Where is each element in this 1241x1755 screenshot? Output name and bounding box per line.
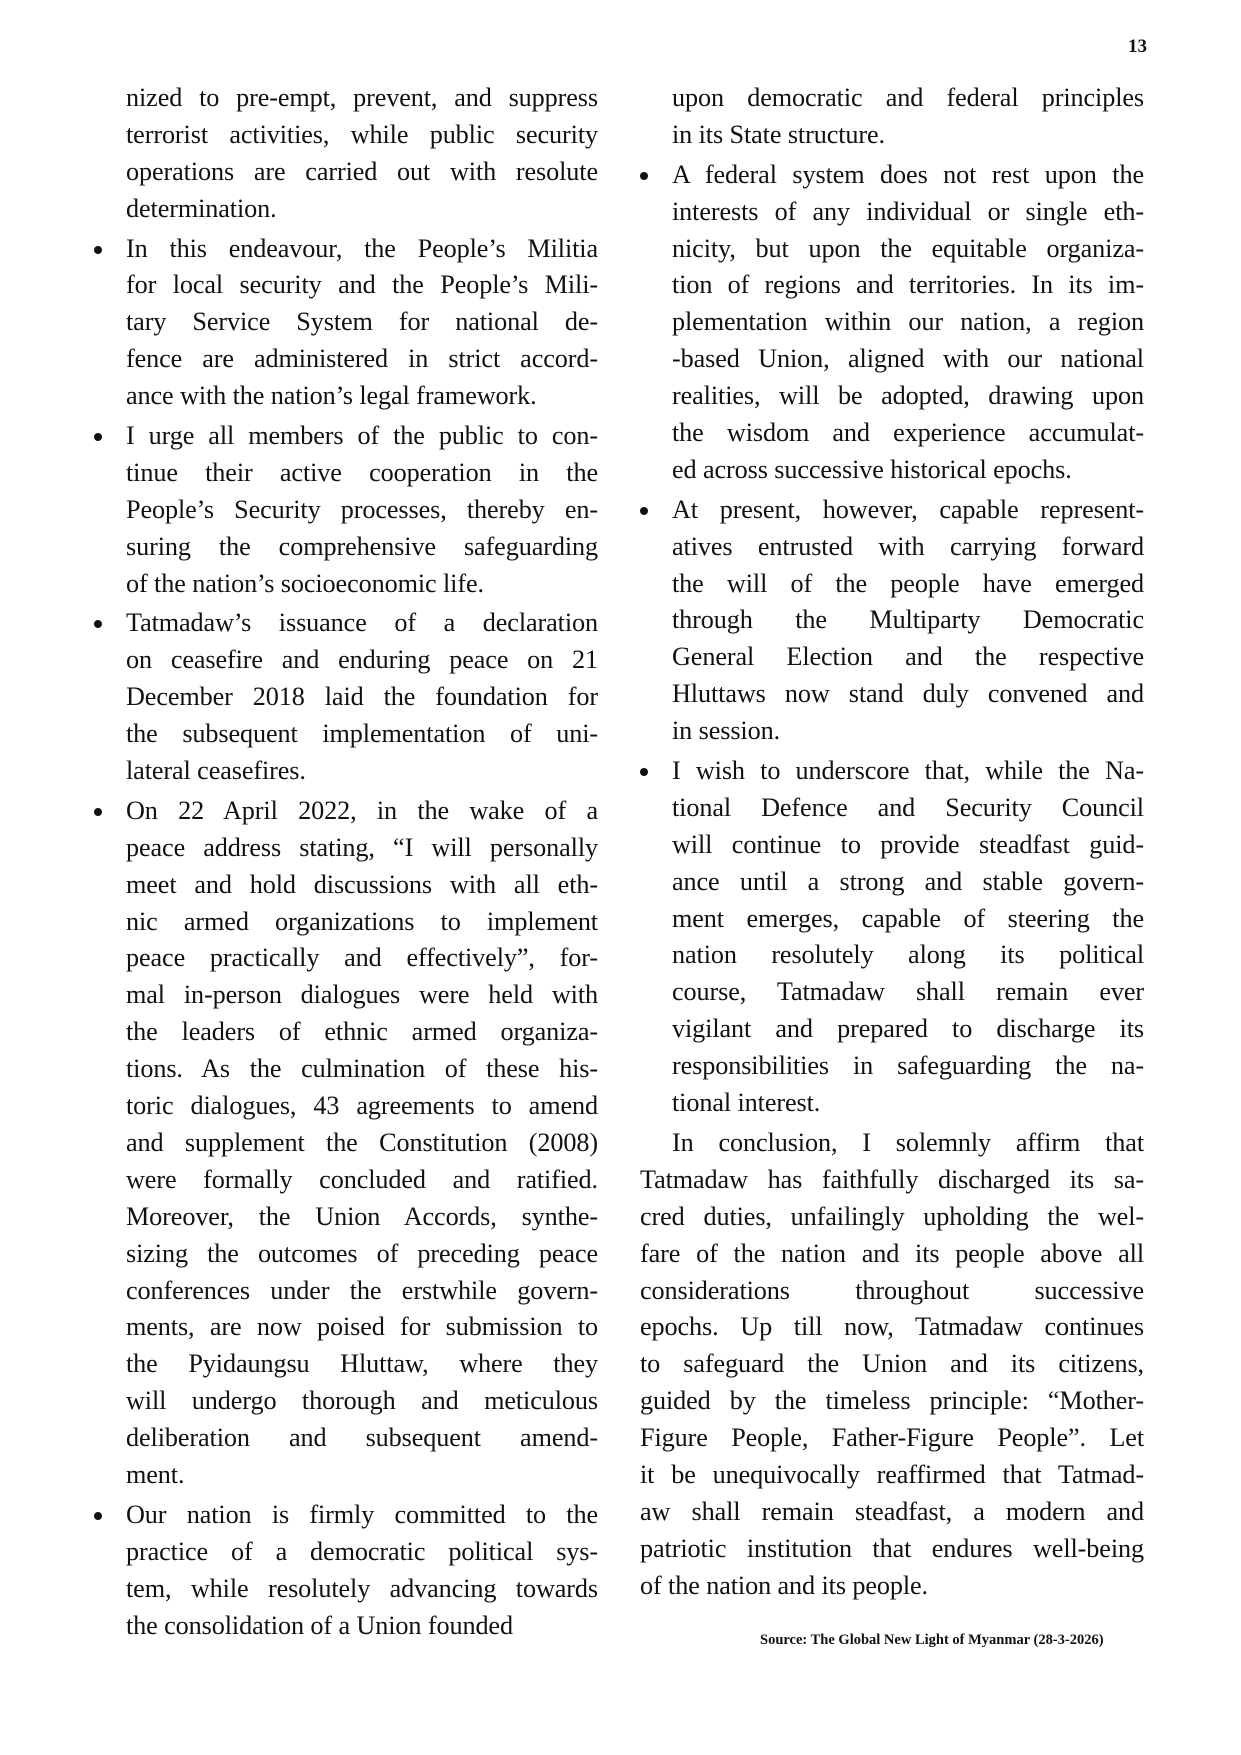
text-line: through the Multiparty Democratic: [672, 602, 1144, 639]
text-line: tional interest.: [672, 1085, 1144, 1122]
bullet-item: Our nation is firmly committed to thepra…: [94, 1497, 598, 1645]
text-line: In conclusion, I solemnly affirm that: [640, 1125, 1144, 1162]
text-line: lateral ceasefires.: [126, 753, 598, 790]
page-number: 13: [1128, 36, 1147, 58]
text-line: determination.: [126, 191, 598, 228]
text-line: Our nation is firmly committed to the: [126, 1497, 598, 1534]
text-line: On 22 April 2022, in the wake of a: [126, 793, 598, 830]
bullet-item: I wish to underscore that, while the Na-…: [640, 753, 1144, 1122]
text-line: vigilant and prepared to discharge its: [672, 1011, 1144, 1048]
text-line: conferences under the erstwhile govern-: [126, 1273, 598, 1310]
continued-text: nized to pre-empt, prevent, and suppress…: [94, 80, 598, 228]
text-line: the subsequent implementation of uni-: [126, 716, 598, 753]
bullet-item: I urge all members of the public to con-…: [94, 418, 598, 602]
text-line: were formally concluded and ratified.: [126, 1162, 598, 1199]
block-text: In conclusion, I solemnly affirm thatTat…: [640, 1125, 1144, 1605]
text-line: for local security and the People’s Mili…: [126, 267, 598, 304]
text-line: ment emerges, capable of steering the: [672, 901, 1144, 938]
text-line: General Election and the respective: [672, 639, 1144, 676]
bullet-icon: [640, 768, 648, 776]
text-line: the Pyidaungsu Hluttaw, where they: [126, 1346, 598, 1383]
text-line: cred duties, unfailingly upholding the w…: [640, 1199, 1144, 1236]
text-line: nic armed organizations to implement: [126, 904, 598, 941]
bullet-icon: [94, 1512, 102, 1520]
text-line: mal in-person dialogues were held with: [126, 977, 598, 1014]
bullet-icon: [94, 808, 102, 816]
text-line: terrorist activities, while public secur…: [126, 117, 598, 154]
bullet-icon: [94, 246, 102, 254]
right-column: upon democratic and federal principlesin…: [640, 80, 1144, 1608]
bullet-icon: [94, 433, 102, 441]
text-line: guided by the timeless principle: “Mothe…: [640, 1383, 1144, 1420]
source-citation: Source: The Global New Light of Myanmar …: [760, 1632, 1104, 1649]
text-line: fare of the nation and its people above …: [640, 1236, 1144, 1273]
text-line: nized to pre-empt, prevent, and suppress: [126, 80, 598, 117]
text-line: peace address stating, “I will personall…: [126, 830, 598, 867]
text-line: tions. As the culmination of these his-: [126, 1051, 598, 1088]
block-text: At present, however, capable represent-a…: [672, 492, 1144, 750]
text-line: the wisdom and experience accumulat-: [672, 415, 1144, 452]
text-line: Figure People, Father-Figure People”. Le…: [640, 1420, 1144, 1457]
text-line: it be unequivocally reaffirmed that Tatm…: [640, 1457, 1144, 1494]
block-text: I wish to underscore that, while the Na-…: [672, 753, 1144, 1122]
bullet-icon: [640, 172, 648, 180]
text-line: operations are carried out with resolute: [126, 154, 598, 191]
text-line: course, Tatmadaw shall remain ever: [672, 974, 1144, 1011]
left-column: nized to pre-empt, prevent, and suppress…: [94, 80, 598, 1647]
text-line: considerations throughout successive: [640, 1273, 1144, 1310]
text-line: tary Service System for national de-: [126, 304, 598, 341]
text-line: In this endeavour, the People’s Militia: [126, 231, 598, 268]
block-text: nized to pre-empt, prevent, and suppress…: [126, 80, 598, 228]
text-line: nicity, but upon the equitable organiza-: [672, 231, 1144, 268]
text-line: responsibilities in safeguarding the na-: [672, 1048, 1144, 1085]
text-line: the will of the people have emerged: [672, 566, 1144, 603]
text-line: in session.: [672, 713, 1144, 750]
paragraph: In conclusion, I solemnly affirm thatTat…: [640, 1125, 1144, 1605]
text-line: tem, while resolutely advancing towards: [126, 1571, 598, 1608]
text-line: epochs. Up till now, Tatmadaw continues: [640, 1309, 1144, 1346]
text-line: -based Union, aligned with our national: [672, 341, 1144, 378]
text-line: ments, are now poised for submission to: [126, 1309, 598, 1346]
text-line: patriotic institution that endures well-…: [640, 1531, 1144, 1568]
text-line: deliberation and subsequent amend-: [126, 1420, 598, 1457]
bullet-item: On 22 April 2022, in the wake of apeace …: [94, 793, 598, 1494]
text-line: tional Defence and Security Council: [672, 790, 1144, 827]
block-text: On 22 April 2022, in the wake of apeace …: [126, 793, 598, 1494]
text-line: upon democratic and federal principles: [672, 80, 1144, 117]
block-text: upon democratic and federal principlesin…: [672, 80, 1144, 154]
bullet-icon: [94, 620, 102, 628]
continued-text: upon democratic and federal principlesin…: [640, 80, 1144, 154]
text-line: Tatmadaw’s issuance of a declaration: [126, 605, 598, 642]
text-line: Hluttaws now stand duly convened and: [672, 676, 1144, 713]
text-line: realities, will be adopted, drawing upon: [672, 378, 1144, 415]
text-line: At present, however, capable represent-: [672, 492, 1144, 529]
text-line: ance with the nation’s legal framework.: [126, 378, 598, 415]
block-text: I urge all members of the public to con-…: [126, 418, 598, 602]
bullet-item: A federal system does not rest upon thei…: [640, 157, 1144, 489]
bullet-icon: [640, 507, 648, 515]
bullet-item: In this endeavour, the People’s Militiaf…: [94, 231, 598, 415]
text-line: toric dialogues, 43 agreements to amend: [126, 1088, 598, 1125]
text-line: meet and hold discussions with all eth-: [126, 867, 598, 904]
text-line: interests of any individual or single et…: [672, 194, 1144, 231]
text-line: tion of regions and territories. In its …: [672, 267, 1144, 304]
text-line: of the nation and its people.: [640, 1568, 1144, 1605]
text-line: I wish to underscore that, while the Na-: [672, 753, 1144, 790]
text-line: December 2018 laid the foundation for: [126, 679, 598, 716]
text-line: Moreover, the Union Accords, synthe-: [126, 1199, 598, 1236]
text-line: aw shall remain steadfast, a modern and: [640, 1494, 1144, 1531]
text-line: suring the comprehensive safeguarding: [126, 529, 598, 566]
text-line: atives entrusted with carrying forward: [672, 529, 1144, 566]
text-line: tinue their active cooperation in the: [126, 455, 598, 492]
text-line: of the nation’s socioeconomic life.: [126, 566, 598, 603]
block-text: A federal system does not rest upon thei…: [672, 157, 1144, 489]
text-line: in its State structure.: [672, 117, 1144, 154]
text-line: the leaders of ethnic armed organiza-: [126, 1014, 598, 1051]
text-line: peace practically and effectively”, for-: [126, 940, 598, 977]
text-line: ment.: [126, 1457, 598, 1494]
text-line: plementation within our nation, a region: [672, 304, 1144, 341]
text-line: ed across successive historical epochs.: [672, 452, 1144, 489]
text-line: and supplement the Constitution (2008): [126, 1125, 598, 1162]
text-line: Tatmadaw has faithfully discharged its s…: [640, 1162, 1144, 1199]
text-line: People’s Security processes, thereby en-: [126, 492, 598, 529]
text-line: will undergo thorough and meticulous: [126, 1383, 598, 1420]
text-line: the consolidation of a Union founded: [126, 1608, 598, 1645]
block-text: In this endeavour, the People’s Militiaf…: [126, 231, 598, 415]
text-line: practice of a democratic political sys-: [126, 1534, 598, 1571]
text-line: I urge all members of the public to con-: [126, 418, 598, 455]
text-line: sizing the outcomes of preceding peace: [126, 1236, 598, 1273]
text-line: ance until a strong and stable govern-: [672, 864, 1144, 901]
text-line: on ceasefire and enduring peace on 21: [126, 642, 598, 679]
text-line: fence are administered in strict accord-: [126, 341, 598, 378]
bullet-item: At present, however, capable represent-a…: [640, 492, 1144, 750]
block-text: Our nation is firmly committed to thepra…: [126, 1497, 598, 1645]
text-line: to safeguard the Union and its citizens,: [640, 1346, 1144, 1383]
text-line: A federal system does not rest upon the: [672, 157, 1144, 194]
bullet-item: Tatmadaw’s issuance of a declarationon c…: [94, 605, 598, 789]
text-line: will continue to provide steadfast guid-: [672, 827, 1144, 864]
text-line: nation resolutely along its political: [672, 937, 1144, 974]
block-text: Tatmadaw’s issuance of a declarationon c…: [126, 605, 598, 789]
